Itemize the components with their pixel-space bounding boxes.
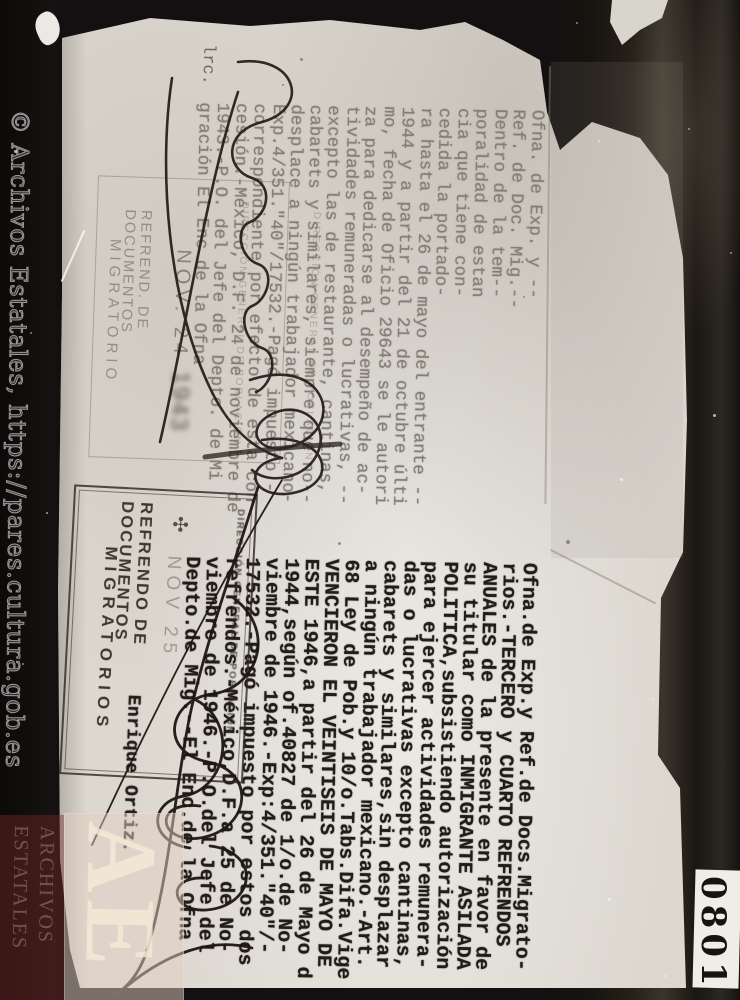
typist-initials: lrc. — [197, 44, 217, 85]
stamp-line2: MIGRATORIOS — [91, 546, 121, 733]
dust-speck — [576, 22, 578, 24]
stamp-year-smudge: 1943 — [165, 371, 194, 433]
paper-speck — [566, 540, 570, 544]
paper-speck — [300, 58, 303, 61]
frame-number: 0801 — [693, 876, 733, 991]
stamp-date-text: NOV. 24 — [169, 249, 195, 360]
paper-speck — [338, 542, 341, 545]
dust-speck — [730, 252, 732, 254]
ae-monogram: AE — [69, 820, 172, 973]
dust-speck — [620, 478, 623, 481]
underlying-page — [551, 62, 683, 558]
stamp-office-line: DIRECCIÓN GENERAL DE POBLACIÓN — [231, 201, 251, 445]
dust-speck — [608, 898, 611, 901]
dust-speck — [688, 128, 690, 130]
stamp-line1: REFRENDO DE DOCUMENTOS — [103, 501, 155, 777]
paper-speck — [282, 84, 284, 86]
copyright-watermark: © Archivos Estatales, https://pares.cult… — [0, 110, 34, 769]
stamp-office-line: DIRECCIÓN GENERAL DE POBLACIÓN — [223, 509, 246, 735]
dust-speck — [30, 332, 32, 334]
stamp-cross-icon: ✣ — [167, 515, 193, 533]
dust-speck — [664, 975, 666, 977]
dust-speck — [713, 414, 716, 417]
stamp-1946-refrendo: DIRECCIÓN GENERAL DE POBLACIÓN ✣ NOV 25 … — [59, 484, 258, 783]
microfilm-scan: { "frame": { "number": "0801" }, "waterm… — [0, 0, 740, 1000]
dust-speck — [652, 698, 654, 700]
dust-speck — [46, 512, 48, 514]
dust-speck — [22, 663, 24, 665]
stamp-date: NOV 25 — [157, 555, 184, 660]
dust-speck — [14, 150, 17, 153]
archivos-estatales-logo-text: ARCHIVOS ESTATALES — [6, 825, 60, 951]
dust-speck — [598, 140, 600, 142]
stamp-date: NOV. 241943 — [164, 249, 198, 433]
stamp-1943-refrendo: DIRECCIÓN GENERAL DE POBLACIÓN NOV. 2419… — [88, 175, 290, 464]
paper-speck — [523, 296, 525, 298]
